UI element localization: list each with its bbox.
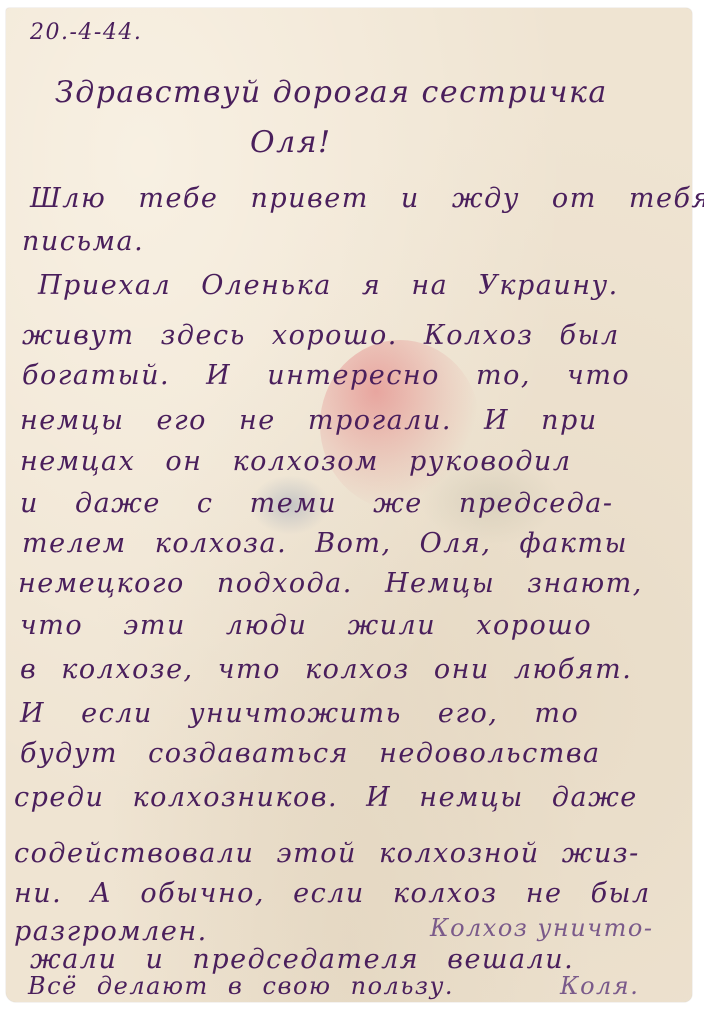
letter-line: Приехал Оленька я на Украину. (38, 272, 619, 299)
letter-line: что эти люди жили хорошо (20, 612, 592, 639)
letter-line: Колхоз уничто- (430, 916, 653, 940)
letter-line: содействовали этой колхозной жиз- (14, 840, 640, 867)
letter-line: среди колхозников. И немцы даже (14, 784, 638, 811)
letter-line: Всё делают в свою пользу. (28, 974, 454, 998)
letter-line: немцах он колхозом руководил (20, 448, 572, 475)
letter-line: Шлю тебе привет и жду от тебя (30, 185, 704, 212)
letter-line: будут создаваться недовольства (20, 740, 601, 767)
letter-line: богатый. И интересно то, что (22, 362, 630, 389)
letter-line: разгромлен. (14, 918, 208, 945)
letter-line: немецкого подхода. Немцы знают, (18, 570, 643, 597)
letter-line: жали и председателя вешали. (30, 946, 574, 973)
letter-line: ни. А обычно, если колхоз не был (14, 880, 651, 907)
letter-line: немцы его не трогали. И при (20, 407, 598, 434)
letter-greeting: Здравствуй дорогая сестричка (55, 78, 608, 108)
letter-line: в колхозе, что колхоз они любят. (20, 656, 632, 683)
letter-line: живут здесь хорошо. Колхоз был (22, 322, 620, 349)
letter-addressee: Оля! (250, 128, 332, 158)
letter-line: письма. (22, 228, 144, 255)
letter-signature: Коля. (560, 974, 639, 998)
letter-line: телем колхоза. Вот, Оля, факты (22, 530, 628, 557)
letter-line: И если уничтожить его, то (20, 700, 579, 727)
letter-line: и даже с теми же председа- (20, 490, 614, 517)
letter-date: 20.-4-44. (30, 22, 142, 44)
